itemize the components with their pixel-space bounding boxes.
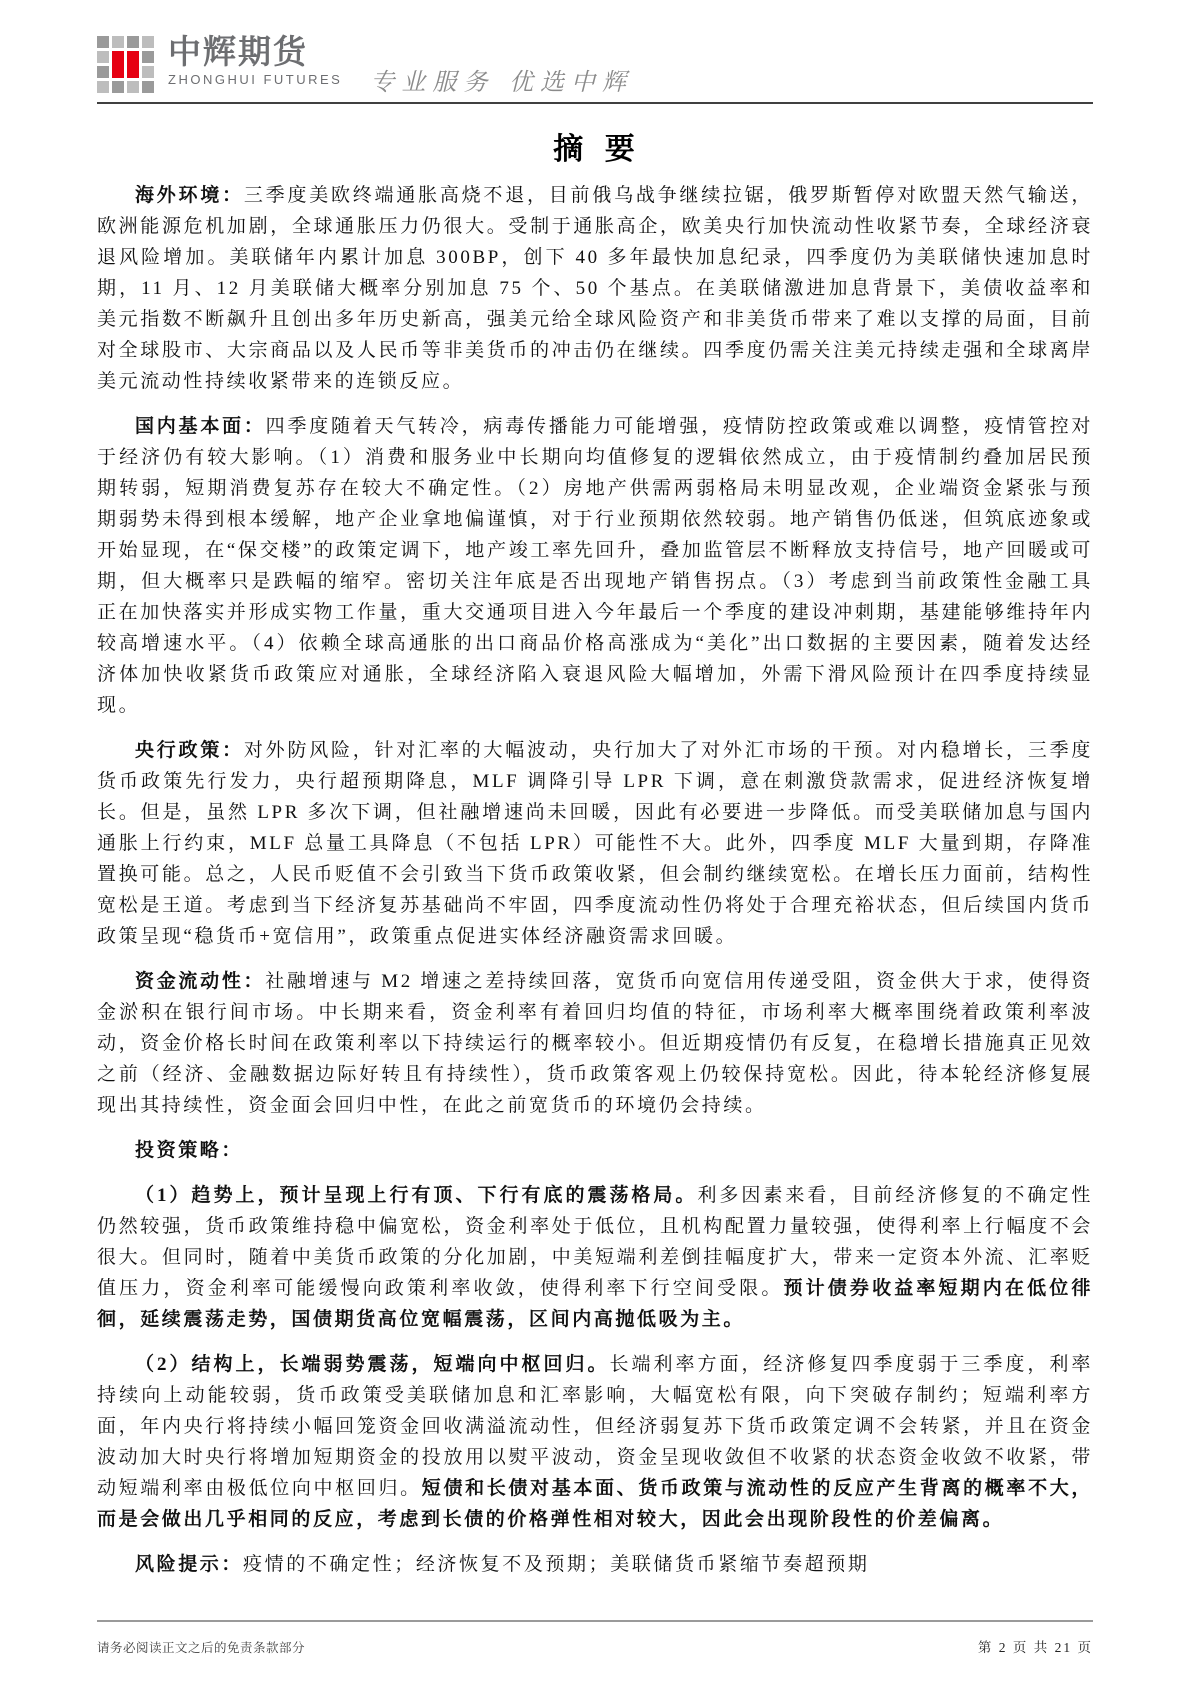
paragraph: 央行政策：对外防风险，针对汇率的大幅波动，央行加大了对外汇市场的干预。对内稳增长…: [97, 735, 1093, 952]
brand-name-cn: 中辉期货: [168, 34, 342, 70]
paragraph: 资金流动性：社融增速与 M2 增速之差持续回落，宽货币向宽信用传递受阻，资金供大…: [97, 966, 1093, 1121]
logo-square: [97, 66, 109, 78]
logo-square: [142, 66, 154, 78]
text-run-bold: 风险提示：: [135, 1554, 243, 1575]
brand-tagline: 专业服务 优选中辉: [370, 62, 633, 97]
report-footer: 请务必阅读正文之后的免责条款部分 第 2 页 共 21 页: [97, 1620, 1093, 1656]
report-page: 中辉期货 ZHONGHUI FUTURES 专业服务 优选中辉 摘 要 海外环境…: [0, 0, 1190, 1683]
footer-disclaimer: 请务必阅读正文之后的免责条款部分: [97, 1638, 305, 1656]
logo-square: [142, 81, 154, 93]
report-header: 中辉期货 ZHONGHUI FUTURES 专业服务 优选中辉: [97, 34, 1093, 97]
text-run: 对外防风险，针对汇率的大幅波动，央行加大了对外汇市场的干预。对内稳增长，三季度货…: [97, 740, 1093, 947]
paragraph: 海外环境：三季度美欧终端通胀高烧不退，目前俄乌战争继续拉锯，俄罗斯暂停对欧盟天然…: [97, 180, 1093, 397]
text-run-bold: （2）结构上，长端弱势震荡，短端向中枢回归。: [135, 1354, 609, 1375]
text-run: 四季度随着天气转冷，病毒传播能力可能增强，疫情防控政策或难以调整，疫情管控对于经…: [97, 416, 1093, 716]
logo-square: [142, 36, 154, 48]
paragraph: 国内基本面：四季度随着天气转冷，病毒传播能力可能增强，疫情防控政策或难以调整，疫…: [97, 411, 1093, 721]
brand-name-en: ZHONGHUI FUTURES: [168, 72, 342, 87]
paragraph: （2）结构上，长端弱势震荡，短端向中枢回归。长端利率方面，经济修复四季度弱于三季…: [97, 1349, 1093, 1535]
summary-paragraphs: 海外环境：三季度美欧终端通胀高烧不退，目前俄乌战争继续拉锯，俄罗斯暂停对欧盟天然…: [97, 180, 1093, 1594]
text-run-bold: 国内基本面：: [135, 416, 266, 437]
logo-square: [127, 81, 139, 93]
header-divider: [97, 102, 1093, 104]
logo-square: [97, 36, 109, 48]
text-run: 三季度美欧终端通胀高烧不退，目前俄乌战争继续拉锯，俄罗斯暂停对欧盟天然气输送，欧…: [97, 185, 1093, 392]
zhonghui-logo-icon: [97, 36, 154, 93]
paragraph: 风险提示：疫情的不确定性；经济恢复不及预期；美联储货币紧缩节奏超预期: [97, 1549, 1093, 1580]
text-run: 疫情的不确定性；经济恢复不及预期；美联储货币紧缩节奏超预期: [243, 1554, 869, 1575]
text-run-bold: 资金流动性：: [135, 971, 265, 992]
text-run-bold: 央行政策：: [135, 740, 244, 761]
logo-square: [97, 81, 109, 93]
logo-red-bar: [112, 51, 124, 78]
text-run-bold: 投资策略：: [135, 1140, 243, 1161]
logo-square: [127, 36, 139, 48]
logo-square: [142, 51, 154, 63]
paragraph: （1）趋势上，预计呈现上行有顶、下行有底的震荡格局。利多因素来看，目前经济修复的…: [97, 1180, 1093, 1335]
text-run-bold: （1）趋势上，预计呈现上行有顶、下行有底的震荡格局。: [135, 1185, 697, 1206]
logo-square: [112, 36, 124, 48]
paragraph: 投资策略：: [97, 1135, 1093, 1166]
footer-page-number: 第 2 页 共 21 页: [978, 1636, 1093, 1656]
logo-red-bar: [127, 51, 139, 78]
text-run-bold: 海外环境：: [135, 185, 244, 206]
text-run: 社融增速与 M2 增速之差持续回落，宽货币向宽信用传递受阻，资金供大于求，使得资…: [97, 971, 1093, 1116]
brand-block: 中辉期货 ZHONGHUI FUTURES: [168, 34, 342, 87]
logo-square: [112, 81, 124, 93]
page-title: 摘 要: [0, 124, 1190, 168]
logo-square: [97, 51, 109, 63]
